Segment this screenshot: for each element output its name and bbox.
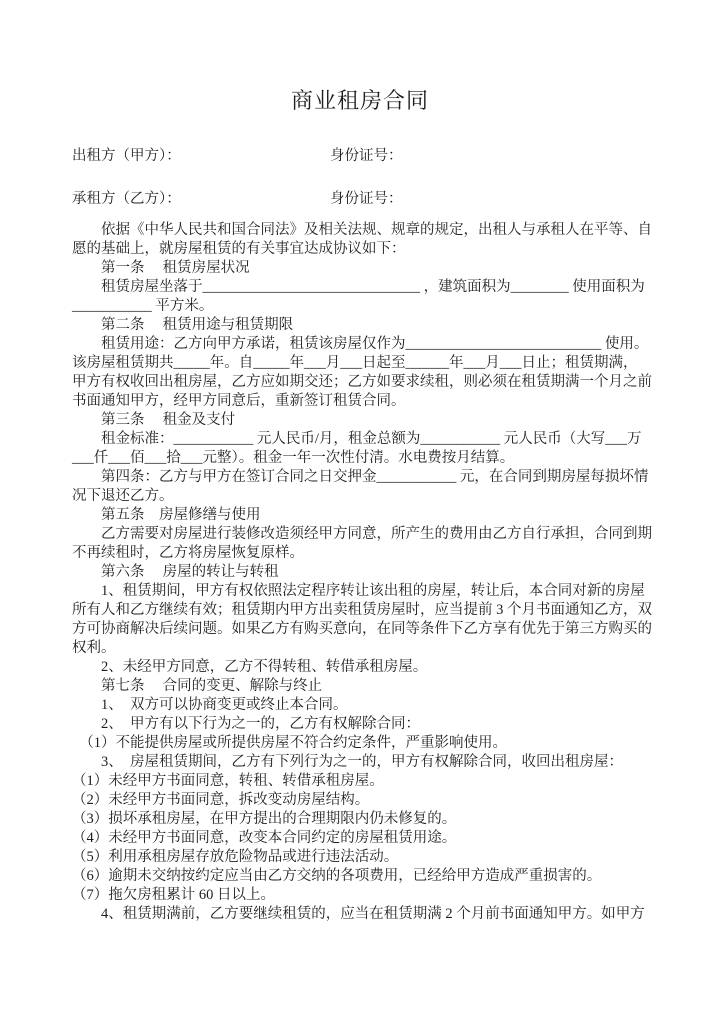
contract-line: 所有人和乙方继续有效；租赁期内甲方出卖租赁房屋时，应当提前 3 个月书面通知乙方… [72, 601, 654, 620]
contract-line: 乙方需要对房屋进行装修改造须经甲方同意，所产生的费用由乙方自行承担，合同到期 [72, 525, 654, 544]
contract-line: （1）未经甲方书面同意，转租、转借承租房屋。 [72, 772, 654, 791]
contract-line: 第四条：乙方与甲方在签订合同之日交押金___________ 元，在合同到期房屋… [72, 468, 654, 487]
party-row-lessor: 出租方（甲方）： 身份证号： [72, 144, 652, 187]
document-title: 商业租房合同 [0, 84, 720, 115]
contract-line: 4、租赁期满前，乙方要继续租赁的，应当在租赁期满 2 个月前书面通知甲方。如甲方 [72, 905, 654, 924]
contract-line: 权利。 [72, 639, 654, 658]
lessor-id-label: 身份证号： [330, 144, 403, 165]
contract-line: 第七条 合同的变更、解除与终止 [72, 677, 654, 696]
contract-body: 依据《中华人民共和国合同法》及相关法规、规章的规定，出租人与承租人在平等、自愿的… [72, 221, 654, 924]
contract-line: ___仟___佰___拾___元整）。租金一年一次性付清。水电费按月结算。 [72, 449, 654, 468]
contract-line: 租金标准：___________ 元人民币/月，租金总额为___________… [72, 430, 654, 449]
contract-line: （3）损坏承租房屋，在甲方提出的合理期限内仍未修复的。 [72, 810, 654, 829]
contract-line: 2、未经甲方同意，乙方不得转租、转借承租房屋。 [72, 658, 654, 677]
lessor-label: 出租方（甲方）： [72, 144, 181, 165]
contract-line: （1）不能提供房屋或所提供房屋不符合约定条件，严重影响使用。 [72, 734, 654, 753]
contract-page: 商业租房合同 出租方（甲方）： 身份证号： 承租方（乙方）： 身份证号： 依据《… [0, 0, 720, 1017]
contract-line: 第一条 租赁房屋状况 [72, 259, 654, 278]
contract-line: 书面通知甲方，经甲方同意后，重新签订租赁合同。 [72, 392, 654, 411]
contract-line: 3、 房屋租赁期间，乙方有下列行为之一的，甲方有权解除合同，收回出租房屋： [72, 753, 654, 772]
contract-line: 依据《中华人民共和国合同法》及相关法规、规章的规定，出租人与承租人在平等、自 [72, 221, 654, 240]
contract-line: 该房屋租赁期共_____年。自_____年___月___日起至______年__… [72, 354, 654, 373]
lessee-id-label: 身份证号： [330, 187, 403, 208]
contract-line: 愿的基础上，就房屋租赁的有关事宜达成协议如下： [72, 240, 654, 259]
contract-line: 第二条 租赁用途与租赁期限 [72, 316, 654, 335]
contract-line: ___________ 平方米。 [72, 297, 654, 316]
contract-line: 租赁房屋坐落于______________________________ ，建… [72, 278, 654, 297]
contract-line: 第三条 租金及支付 [72, 411, 654, 430]
contract-line: 租赁用途：乙方向甲方承诺，租赁该房屋仅作为___________________… [72, 335, 654, 354]
lessee-label: 承租方（乙方）： [72, 187, 181, 208]
contract-line: 方可协商解决后续问题。如果乙方有购买意向，在同等条件下乙方享有优先于第三方购买的 [72, 620, 654, 639]
contract-line: 第五条 房屋修缮与使用 [72, 506, 654, 525]
contract-line: （2）未经甲方书面同意，拆改变动房屋结构。 [72, 791, 654, 810]
contract-line: 1、 双方可以协商变更或终止本合同。 [72, 696, 654, 715]
parties-section: 出租方（甲方）： 身份证号： 承租方（乙方）： 身份证号： [72, 144, 652, 230]
contract-line: 不再续租时，乙方将房屋恢复原样。 [72, 544, 654, 563]
contract-line: （4）未经甲方书面同意，改变本合同约定的房屋租赁用途。 [72, 829, 654, 848]
contract-line: 况下退还乙方。 [72, 487, 654, 506]
contract-line: 第六条 房屋的转让与转租 [72, 563, 654, 582]
contract-line: 1、租赁期间，甲方有权依照法定程序转让该出租的房屋，转让后，本合同对新的房屋 [72, 582, 654, 601]
contract-line: （7）拖欠房租累计 60 日以上。 [72, 886, 654, 905]
contract-line: 2、 甲方有以下行为之一的，乙方有权解除合同： [72, 715, 654, 734]
contract-line: （6）逾期未交纳按约定应当由乙方交纳的各项费用，已经给甲方造成严重损害的。 [72, 867, 654, 886]
contract-line: （5）利用承租房屋存放危险物品或进行违法活动。 [72, 848, 654, 867]
contract-line: 甲方有权收回出租房屋，乙方应如期交还；乙方如要求续租，则必须在租赁期满一个月之前 [72, 373, 654, 392]
